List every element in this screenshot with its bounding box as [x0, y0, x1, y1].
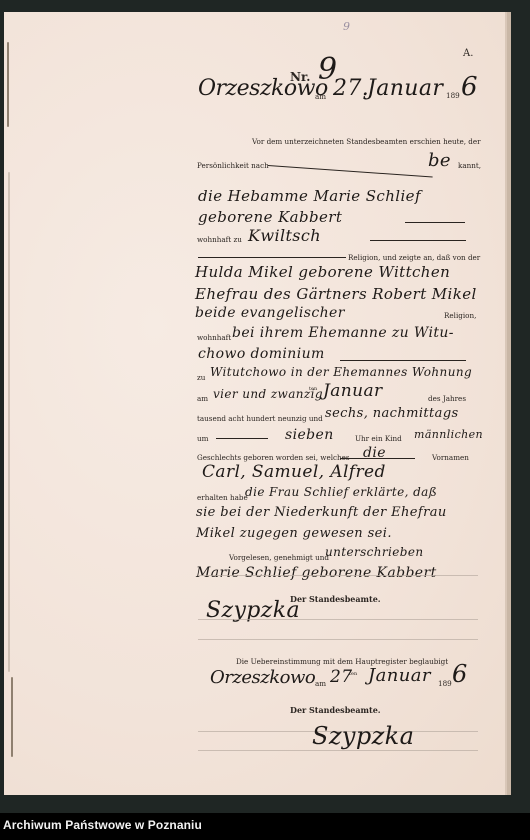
- informant-name: die Hebamme Marie Schlief: [198, 187, 421, 205]
- um-label: um: [197, 434, 208, 443]
- informant-maiden-name: geborene Kabbert: [198, 208, 342, 226]
- wohnhaft-label-2: wohnhaft: [197, 333, 231, 342]
- birth-hour: sieben: [285, 427, 334, 443]
- informant-residence: Kwiltsch: [248, 226, 321, 245]
- date-month: Januar: [367, 76, 443, 101]
- cert-place: Orzeszkowo: [210, 667, 315, 688]
- rule-line: [198, 639, 478, 640]
- am-label: am: [315, 92, 326, 101]
- registrar-signature-2: Szypzka: [312, 722, 414, 750]
- religion-line: Religion, und zeigte an, daß von der: [348, 253, 480, 262]
- unterschrieben-handwritten: unterschrieben: [325, 545, 424, 559]
- archive-name: Archiwum Państwowe w Poznaniu: [3, 818, 202, 832]
- fill-line: [198, 257, 346, 258]
- cert-month: Januar: [368, 665, 431, 686]
- cert-day-suffix: ten: [349, 671, 357, 677]
- cert-am-label: am: [315, 679, 326, 688]
- birth-day-suffix: ten: [309, 386, 317, 392]
- am-label-2: am: [197, 394, 208, 403]
- vorgelesen-label: Vorgelesen, genehmigt und: [229, 553, 329, 562]
- rule-line: [198, 619, 478, 620]
- erhalten-label: erhalten habe: [197, 493, 248, 502]
- geschlechts-label: Geschlechts geboren worden sei, welches: [197, 453, 350, 462]
- statement-line-3: Mikel zugegen gewesen sei.: [196, 526, 392, 541]
- fill-line: [370, 240, 466, 241]
- religion-label: Religion,: [444, 311, 476, 320]
- rule-line: [198, 750, 478, 751]
- fill-line: [216, 438, 268, 439]
- birth-day: vier und zwanzig: [213, 387, 323, 401]
- intro-line: Vor dem unterzeichneten Standesbeamten e…: [252, 137, 481, 146]
- mother-husband: Ehefrau des Gärtners Robert Mikel: [195, 285, 477, 303]
- birth-year-handwritten: sechs, nachmittags: [325, 406, 459, 421]
- statement-line-1: die Frau Schlief erklärte, daß: [245, 485, 437, 499]
- registrar-label: Der Standesbeamte.: [290, 594, 381, 604]
- pencil-page-number: 9: [343, 20, 350, 33]
- fill-line: [340, 360, 466, 361]
- form-letter: A.: [463, 48, 473, 59]
- registrar-label-2: Der Standesbeamte.: [290, 705, 381, 715]
- kannt-label: kannt,: [458, 161, 481, 170]
- die-handwritten: die: [363, 445, 386, 461]
- year-text-label: tausend acht hundert neunzig und: [197, 414, 323, 423]
- zu-label: zu: [197, 373, 205, 382]
- bekannt-handwritten: be: [428, 150, 451, 171]
- birth-place: Witutchowo in der Ehemannes Wohnung: [210, 365, 472, 379]
- cert-year-suffix: 6: [452, 660, 468, 688]
- mother-residence-cont: chowo dominium: [198, 346, 325, 362]
- rule-line: [198, 575, 478, 576]
- place-handwritten: Orzeszkowo: [198, 76, 328, 101]
- fill-line: [405, 222, 465, 223]
- cert-year-prefix: 189: [438, 679, 452, 688]
- des-jahres-label: des Jahres: [428, 394, 466, 403]
- year-prefix: 189: [446, 91, 460, 100]
- persoenlichkeit-label: Persönlichkeit nach: [197, 161, 269, 170]
- vornamen-label: Vornamen: [432, 453, 469, 462]
- uhr-kind-label: Uhr ein Kind: [355, 434, 402, 443]
- wohnhaft-label: wohnhaft zu: [197, 235, 242, 244]
- binding-stitch: [11, 677, 13, 757]
- child-first-names: Carl, Samuel, Alfred: [202, 462, 386, 482]
- year-suffix: 6: [461, 72, 478, 102]
- mother-residence: bei ihrem Ehemanne zu Witu-: [232, 325, 454, 341]
- child-sex: männlichen: [414, 428, 483, 441]
- binding-stitch: [8, 172, 10, 672]
- statement-line-2: sie bei der Niederkunft der Ehefrau: [196, 505, 447, 520]
- date-day: 27.: [333, 76, 369, 101]
- mother-name: Hulda Mikel geborene Wittchen: [195, 263, 450, 281]
- cert-day: 27: [330, 667, 352, 687]
- birth-month: Januar: [323, 381, 383, 401]
- binding-stitch: [7, 42, 9, 127]
- religion-handwritten: beide evangelischer: [195, 305, 345, 321]
- informant-signature: Marie Schlief geborene Kabbert: [196, 565, 437, 581]
